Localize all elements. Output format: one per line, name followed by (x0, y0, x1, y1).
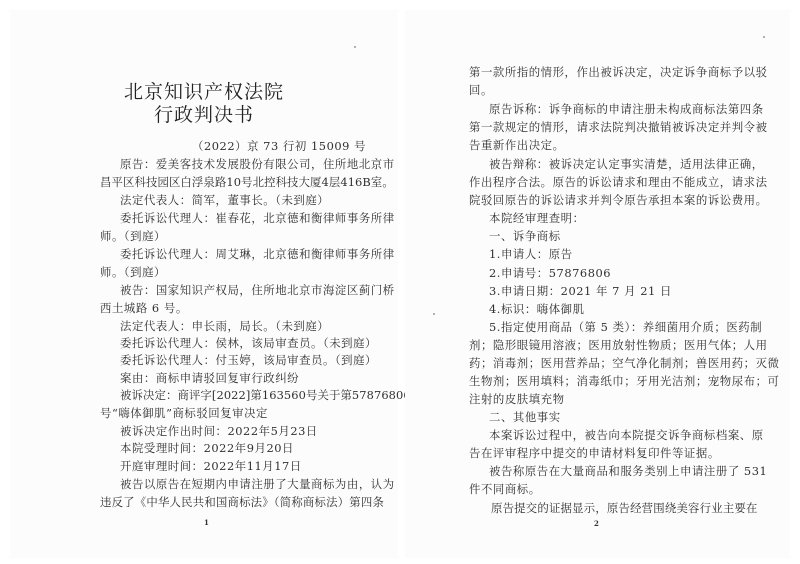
scan-speck (763, 36, 765, 38)
paragraph-decision-cont: 第一款所指的情形，作出被诉决定，决定诉争商标予以驳 (469, 65, 768, 79)
paragraph-evidence: 原告提交的证据显示，原告经营围绕美容行业主要在 (491, 501, 758, 515)
contested-decision-line: 被诉决定：商评字[2022]第163560号关于第57876806 (120, 388, 411, 402)
paragraph-decision-end: 回。 (469, 83, 493, 97)
paragraph-plaintiff-claim-cont-1: 第一款规定的情形，请求法院判决撤销被诉决定并判令被 (469, 120, 768, 134)
page-number-2: 2 (594, 519, 599, 528)
hearing-date-line: 开庭审理时间：2022年11月17日 (120, 459, 302, 473)
paragraph-litigation-process-cont: 告在评审程序中提交的申请材料复印件等证据。 (469, 446, 720, 460)
paragraph-defendant-defense-cont-2: 院驳回原告的诉讼请求并判令原告承担本案的诉讼费用。 (469, 193, 768, 207)
paragraph-litigation-process: 本案诉讼过程中，被告向本院提交诉争商标档案、原 (489, 428, 764, 442)
designated-goods-cont-4: 注射的皮肤填充物 (469, 392, 565, 406)
paragraph-plaintiff-claim: 原告诉称：诉争商标的申请注册未构成商标法第四条 (489, 102, 764, 116)
plaintiff-address-line: 昌平区科技园区白浮泉路10号北控科技大厦4层416B室。 (100, 175, 394, 189)
defendant-line: 被告：国家知识产权局，住所地北京市海淀区蓟门桥 (120, 283, 395, 297)
mark-line: 4.标识：嗨体御肌 (489, 302, 585, 316)
cause-of-action-line: 案由：商标申请驳回复审行政纠纷 (120, 371, 299, 385)
defendant-representative-line: 法定代表人：申长雨，局长。（未到庭） (120, 319, 329, 333)
document-page-1: 北京知识产权法院 行政判决书 （2022）京 73 行初 15009 号 原告：… (10, 10, 398, 558)
defendant-agent-1-line: 委托诉讼代理人：侯林，该局审查员。（未到庭） (120, 336, 377, 350)
designated-goods-cont-1: 剂；隐形眼镜用溶液；医用放射性物质；医用气体；人用 (469, 338, 768, 352)
paragraph-defendant-defense-cont-1: 作出程序合法。原告的诉讼请求和理由不能成立，请求法 (469, 175, 768, 189)
plaintiff-agent-1-line: 委托诉讼代理人：崔春花，北京德和衡律师事务所律 (120, 211, 395, 225)
plaintiff-agent-2-line: 委托诉讼代理人：周艾琳，北京德和衡律师事务所律 (120, 247, 395, 261)
applicant-line: 1.申请人：原告 (489, 247, 573, 261)
section-1-heading: 一、诉争商标 (489, 229, 561, 243)
paragraph-defendant-reason: 被告以原告在短期内申请注册了大量商标为由，认为 (120, 477, 395, 491)
decision-date-line: 被诉决定作出时间：2022年5月23日 (120, 424, 318, 438)
plaintiff-agent-2-cont: 师。（到庭） (100, 265, 166, 279)
application-number-line: 2.申请号：57876806 (489, 266, 611, 280)
court-findings-heading: 本院经审理查明： (489, 211, 585, 225)
paragraph-defendant-defense: 被告辩称：被诉决定认定事实清楚，适用法律正确， (489, 157, 764, 171)
paragraph-mass-filing: 被告称原告在大量商品和服务类别上申请注册了 531 (489, 464, 767, 478)
designated-goods-cont-3: 生物剂；医用填料；消毒纸巾；牙用光洁剂；宠物尿布；可 (469, 374, 779, 388)
scan-speck (354, 46, 356, 48)
contested-decision-cont: 号“嗨体御肌”商标驳回复审决定 (100, 406, 268, 420)
plaintiff-line: 原告：爱美客技术发展股份有限公司，住所地北京市 (120, 157, 395, 171)
document-page-2: 第一款所指的情形，作出被诉决定，决定诉争商标予以驳 回。 原告诉称：诉争商标的申… (405, 10, 790, 558)
document-type-heading: 行政判决书 (10, 100, 398, 127)
section-2-heading: 二、其他事实 (489, 410, 561, 424)
scan-speck (433, 313, 435, 315)
paragraph-defendant-reason-cont: 违反了《中华人民共和国商标法》（简称商标法）第四条 (100, 495, 384, 509)
application-date-line: 3.申请日期：2021 年 7 月 21 日 (489, 284, 672, 298)
page-number-1: 1 (204, 518, 209, 527)
designated-goods-line: 5.指定使用商品（第 5 类）：养细菌用介质；医药制 (489, 320, 762, 334)
plaintiff-representative-line: 法定代表人：简军，董事长。（未到庭） (120, 193, 329, 207)
defendant-agent-2-line: 委托诉讼代理人：付玉婷，该局审查员。（到庭） (120, 353, 377, 367)
paragraph-mass-filing-cont: 件不同商标。 (469, 482, 541, 496)
acceptance-date-line: 本院受理时间：2022年9月20日 (120, 441, 294, 455)
plaintiff-agent-1-cont: 师。（到庭） (100, 229, 166, 243)
designated-goods-cont-2: 药；消毒剂；医用营养品；空气净化制剂；兽医用药；灭微 (469, 356, 779, 370)
paragraph-plaintiff-claim-cont-2: 告重新作出决定。 (469, 138, 565, 152)
case-number: （2022）京 73 行初 15009 号 (192, 139, 366, 153)
defendant-address-cont: 西土城路 6 号。 (100, 301, 188, 315)
